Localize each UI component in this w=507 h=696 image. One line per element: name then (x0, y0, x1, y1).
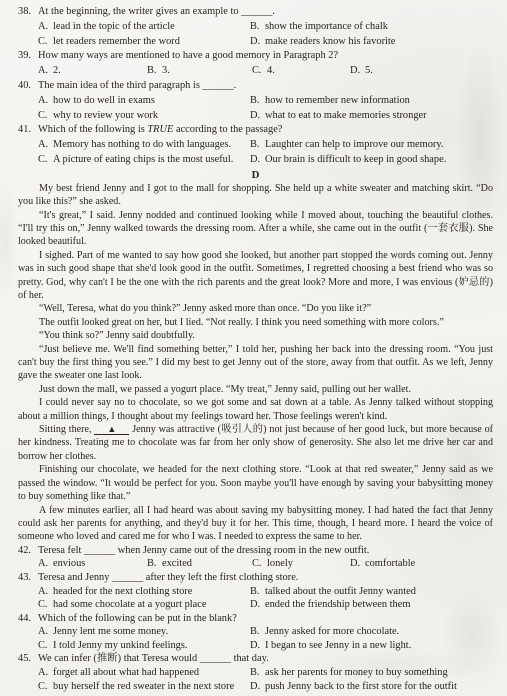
question-stem: Teresa and Jenny ______ after they left … (38, 571, 493, 585)
option-41-c: C.A picture of eating chips is the most … (38, 153, 250, 168)
option-42-b: B.excited (147, 557, 252, 571)
option-44-b: B.Jenny asked for more chocolate. (250, 625, 493, 639)
option-label: C. (38, 680, 53, 694)
question-stem: The main idea of the third paragraph is … (38, 79, 493, 94)
option-text: lonely (267, 558, 293, 569)
option-text: let readers remember the word (53, 36, 180, 47)
question-stem: We can infer (推断) that Teresa would ____… (38, 652, 493, 666)
stem-emphasis: TRUE (147, 124, 173, 135)
option-label: B. (250, 94, 265, 109)
option-text: push Jenny back to the first store for t… (265, 681, 457, 692)
option-label: B. (250, 138, 265, 153)
scan-artifact (0, 180, 18, 300)
passage-section-heading: D (18, 168, 493, 182)
question-42: 42. Teresa felt ______ when Jenny came o… (18, 544, 493, 571)
passage-paragraph: My best friend Jenny and I got to the ma… (18, 182, 493, 209)
option-text: buy herself the red sweater in the next … (53, 681, 234, 692)
option-41-d: D.Our brain is difficult to keep in good… (250, 153, 493, 168)
option-label: C. (38, 35, 53, 50)
option-text: 5. (365, 65, 373, 76)
option-label: A. (38, 585, 53, 599)
option-text: I began to see Jenny in a new light. (265, 640, 411, 651)
question-44: 44. Which of the following can be put in… (18, 612, 493, 653)
option-text: make readers know his favorite (265, 36, 395, 47)
passage-paragraph: The outfit looked great on her, but I li… (18, 316, 493, 329)
option-42-c: C.lonely (252, 557, 350, 571)
passage-paragraph-with-blank: Sitting there, ▲ Jenny was attractive (吸… (18, 423, 493, 463)
option-text: ask her parents for money to buy somethi… (265, 667, 448, 678)
option-label: B. (147, 64, 162, 79)
question-41: 41. Which of the following is TRUE accor… (18, 123, 493, 167)
option-43-a: A.headed for the next clothing store (38, 585, 250, 599)
option-text: what to eat to make memories stronger (265, 110, 427, 121)
option-text: how to do well in exams (53, 95, 155, 106)
option-label: A. (38, 557, 53, 571)
question-number: 39. (18, 49, 38, 64)
option-text: A picture of eating chips is the most us… (53, 154, 233, 165)
option-text: Laughter can help to improve our memory. (265, 139, 444, 150)
option-text: had some chocolate at a yogurt place (53, 599, 207, 610)
stem-text: according to the passage? (173, 124, 282, 135)
option-45-b: B.ask her parents for money to buy somet… (250, 666, 493, 680)
option-text: envious (53, 558, 85, 569)
option-42-d: D.comfortable (350, 557, 493, 571)
option-label: A. (38, 138, 53, 153)
option-label: C. (38, 598, 53, 612)
option-44-c: C.I told Jenny my unkind feelings. (38, 639, 250, 653)
option-40-d: D.what to eat to make memories stronger (250, 109, 493, 124)
question-40: 40. The main idea of the third paragraph… (18, 79, 493, 123)
question-stem: Which of the following is TRUE according… (38, 123, 493, 138)
option-text: 4. (267, 65, 275, 76)
question-39: 39. How many ways are mentioned to have … (18, 49, 493, 79)
option-text: headed for the next clothing store (53, 586, 192, 597)
question-38: 38. At the beginning, the writer gives a… (18, 5, 493, 49)
option-text: how to remember new information (265, 95, 410, 106)
option-40-c: C.why to review your work (38, 109, 250, 124)
option-text: excited (162, 558, 192, 569)
passage-paragraph: Just down the mall, we passed a yogurt p… (18, 383, 493, 396)
stem-text: Which of the following is (38, 124, 147, 135)
option-text: Jenny asked for more chocolate. (265, 626, 399, 637)
option-text: Our brain is difficult to keep in good s… (265, 154, 446, 165)
option-label: B. (250, 666, 265, 680)
question-stem: Teresa felt ______ when Jenny came out o… (38, 544, 493, 558)
passage-paragraph: Finishing our chocolate, we headed for t… (18, 463, 493, 503)
option-43-c: C.had some chocolate at a yogurt place (38, 598, 250, 612)
option-label: C. (38, 153, 53, 168)
passage-paragraph: “Well, Teresa, what do you think?” Jenny… (18, 302, 493, 315)
option-label: D. (250, 639, 265, 653)
question-number: 42. (18, 544, 38, 558)
option-text: Jenny lent me some money. (53, 626, 168, 637)
passage-paragraph: “You think so?” Jenny said doubtfully. (18, 329, 493, 342)
question-number: 40. (18, 79, 38, 94)
page-content: 38. At the beginning, the writer gives a… (18, 5, 493, 693)
option-label: B. (250, 585, 265, 599)
option-text: 2. (53, 65, 61, 76)
question-43: 43. Teresa and Jenny ______ after they l… (18, 571, 493, 612)
option-44-d: D.I began to see Jenny in a new light. (250, 639, 493, 653)
question-number: 38. (18, 5, 38, 20)
reading-passage: My best friend Jenny and I got to the ma… (18, 182, 493, 544)
question-stem: How many ways are mentioned to have a go… (38, 49, 493, 64)
option-label: C. (38, 639, 53, 653)
option-label: A. (38, 94, 53, 109)
option-41-a: A.Memory has nothing to do with language… (38, 138, 250, 153)
question-number: 43. (18, 571, 38, 585)
option-label: B. (250, 20, 265, 35)
option-44-a: A.Jenny lent me some money. (38, 625, 250, 639)
option-39-d: D.5. (350, 64, 493, 79)
question-number: 44. (18, 612, 38, 626)
option-label: A. (38, 64, 53, 79)
paragraph-text: Sitting there, (39, 424, 94, 435)
option-label: A. (38, 625, 53, 639)
passage-paragraph: “Just believe me. We'll find something b… (18, 343, 493, 383)
option-text: why to review your work (53, 110, 158, 121)
option-label: D. (250, 109, 265, 124)
option-label: C. (38, 109, 53, 124)
option-text: Memory has nothing to do with languages. (53, 139, 231, 150)
option-label: C. (252, 64, 267, 79)
option-45-a: A.forget all about what had happened (38, 666, 250, 680)
option-text: forget all about what had happened (53, 667, 199, 678)
option-label: D. (250, 153, 265, 168)
option-text: show the importance of chalk (265, 21, 388, 32)
option-label: B. (147, 557, 162, 571)
option-text: 3. (162, 65, 170, 76)
option-43-d: D.ended the friendship between them (250, 598, 493, 612)
option-text: I told Jenny my unkind feelings. (53, 640, 188, 651)
option-45-d: D.push Jenny back to the first store for… (250, 680, 493, 694)
option-label: A. (38, 20, 53, 35)
option-39-a: A.2. (38, 64, 147, 79)
option-label: A. (38, 666, 53, 680)
option-label: D. (250, 680, 265, 694)
question-number: 45. (18, 652, 38, 666)
passage-paragraph: I sighed. Part of me wanted to say how g… (18, 249, 493, 303)
fill-blank-marker: ▲ (94, 425, 129, 435)
option-text: ended the friendship between them (265, 599, 410, 610)
question-stem: Which of the following can be put in the… (38, 612, 493, 626)
option-38-c: C.let readers remember the word (38, 35, 250, 50)
option-label: D. (250, 35, 265, 50)
question-number: 41. (18, 123, 38, 138)
passage-paragraph: A few minutes earlier, all I had heard w… (18, 504, 493, 544)
option-42-a: A.envious (38, 557, 147, 571)
option-41-b: B.Laughter can help to improve our memor… (250, 138, 493, 153)
option-45-c: C.buy herself the red sweater in the nex… (38, 680, 250, 694)
option-43-b: B.talked about the outfit Jenny wanted (250, 585, 493, 599)
option-39-b: B.3. (147, 64, 252, 79)
option-text: lead in the topic of the article (53, 21, 175, 32)
option-39-c: C.4. (252, 64, 350, 79)
passage-paragraph: “It's great,” I said. Jenny nodded and c… (18, 209, 493, 249)
option-38-b: B.show the importance of chalk (250, 20, 493, 35)
option-38-a: A.lead in the topic of the article (38, 20, 250, 35)
option-label: B. (250, 625, 265, 639)
question-45: 45. We can infer (推断) that Teresa would … (18, 652, 493, 693)
exam-page: 38. At the beginning, the writer gives a… (0, 0, 507, 696)
option-40-b: B.how to remember new information (250, 94, 493, 109)
option-38-d: D.make readers know his favorite (250, 35, 493, 50)
option-40-a: A.how to do well in exams (38, 94, 250, 109)
option-text: talked about the outfit Jenny wanted (265, 586, 416, 597)
option-label: D. (250, 598, 265, 612)
passage-paragraph: I could never say no to chocolate, so we… (18, 396, 493, 423)
option-text: comfortable (365, 558, 415, 569)
option-label: C. (252, 557, 267, 571)
option-label: D. (350, 64, 365, 79)
question-stem: At the beginning, the writer gives an ex… (38, 5, 493, 20)
option-label: D. (350, 557, 365, 571)
